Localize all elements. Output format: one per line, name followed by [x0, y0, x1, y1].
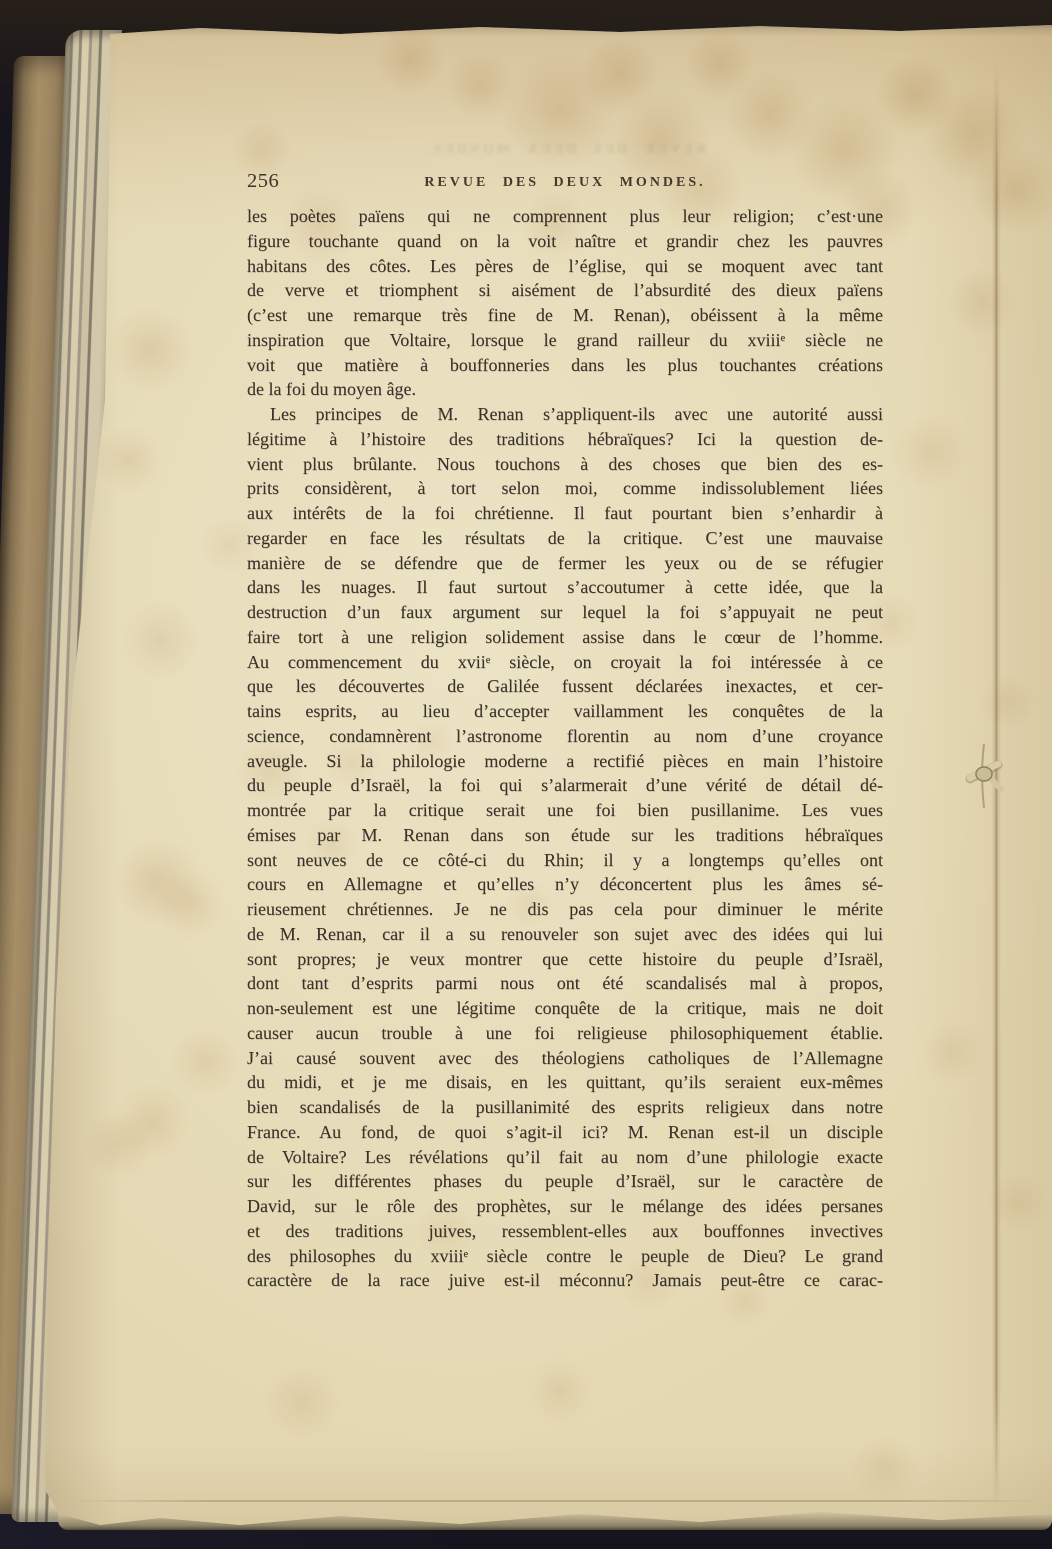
show-through-text: REVUE DES DEUX MONDES. — [247, 142, 883, 158]
text-line: sont propres; je veux montrer que cette … — [247, 947, 883, 972]
text-line: sur les différentes phases du peuple d’I… — [247, 1169, 883, 1194]
text-line: Au commencement du xviiᵉ siècle, on croy… — [247, 650, 883, 675]
text-line: inspiration que Voltaire, lorsque le gra… — [247, 328, 883, 353]
text-line: prits considèrent, à tort selon moi, com… — [247, 476, 883, 501]
text-line: causer aucun trouble à une foi religieus… — [247, 1021, 883, 1046]
text-line: du midi, et je me disais, en les quittan… — [247, 1070, 883, 1095]
text-line: légitime à l’histoire des traditions héb… — [247, 427, 883, 452]
text-line: de Voltaire? Les révélations qu’il fait … — [247, 1145, 883, 1170]
text-line: rieusement chrétiennes. Je ne dis pas ce… — [247, 897, 883, 922]
text-line: figure touchante quand on la voit naître… — [247, 229, 883, 254]
text-line: caractère de la race juive est-il méconn… — [247, 1268, 883, 1293]
text-line: de verve et triomphent si aisément de l’… — [247, 278, 883, 303]
text-line: émises par M. Renan dans son étude sur l… — [247, 823, 883, 848]
text-line: aux intérêts de la foi chrétienne. Il fa… — [247, 501, 883, 526]
text-line: de M. Renan, car il a su renouveler son … — [247, 922, 883, 947]
text-line: montrée par la critique serait une foi b… — [247, 798, 883, 823]
binding-thread-knot — [960, 744, 1008, 808]
book-page: REVUE DES DEUX MONDES. 256 REVUE DES DEU… — [40, 22, 1052, 1534]
text-line: habitans des côtes. Les pères de l’églis… — [247, 254, 883, 279]
text-line: dont tant d’esprits parmi nous ont été s… — [247, 971, 883, 996]
text-line: voit que matière à bouffonneries dans le… — [247, 353, 883, 378]
text-line: bien scandalisés de la pusillanimité des… — [247, 1095, 883, 1120]
text-line: France. Au fond, de quoi s’agit-il ici? … — [247, 1120, 883, 1145]
text-line: science, condamnèrent l’astronome floren… — [247, 724, 883, 749]
text-line: des philosophes du xviiiᵉ siècle contre … — [247, 1244, 883, 1269]
text-line: J’ai causé souvent avec des théologiens … — [247, 1046, 883, 1071]
text-line: faire tort à une religion solidement ass… — [247, 625, 883, 650]
text-line: sont neuves de ce côté-ci du Rhin; il y … — [247, 848, 883, 873]
text-line: tains esprits, au lieu d’accepter vailla… — [247, 699, 883, 724]
scanned-book-photo: REVUE DES DEUX MONDES. 256 REVUE DES DEU… — [0, 0, 1052, 1549]
text-line: et des traditions juives, ressemblent-el… — [247, 1219, 883, 1244]
page-content: REVUE DES DEUX MONDES. 256 REVUE DES DEU… — [247, 22, 883, 1534]
text-line: les poètes païens qui ne comprennent plu… — [247, 204, 883, 229]
text-line: (c’est une remarque très fine de M. Rena… — [247, 303, 883, 328]
text-line: de la foi du moyen âge. — [247, 377, 883, 402]
text-line: aveugle. Si la philologie moderne a rect… — [247, 749, 883, 774]
text-line: que les découvertes de Galilée fussent d… — [247, 674, 883, 699]
text-line: regarder en face les résultats de la cri… — [247, 526, 883, 551]
text-line: manière de se défendre que de fermer les… — [247, 551, 883, 576]
text-line: vient plus brûlante. Nous touchons à des… — [247, 452, 883, 477]
page-header: 256 REVUE DES DEUX MONDES. — [247, 171, 883, 197]
text-block: les poètes païens qui ne comprennent plu… — [247, 204, 883, 1293]
text-line: non-seulement est une légitime conquête … — [247, 996, 883, 1021]
running-title: REVUE DES DEUX MONDES. — [247, 175, 883, 191]
text-line: dans les nuages. Il faut surtout s’accou… — [247, 575, 883, 600]
text-line: cours en Allemagne et qu’elles n’y décon… — [247, 872, 883, 897]
text-line: du peuple d’Israël, la foi qui s’alarmer… — [247, 773, 883, 798]
text-line: Les principes de M. Renan s’appliquent-i… — [247, 402, 883, 427]
text-line: destruction d’un faux argument sur leque… — [247, 600, 883, 625]
text-line: David, sur le rôle des prophètes, sur le… — [247, 1194, 883, 1219]
